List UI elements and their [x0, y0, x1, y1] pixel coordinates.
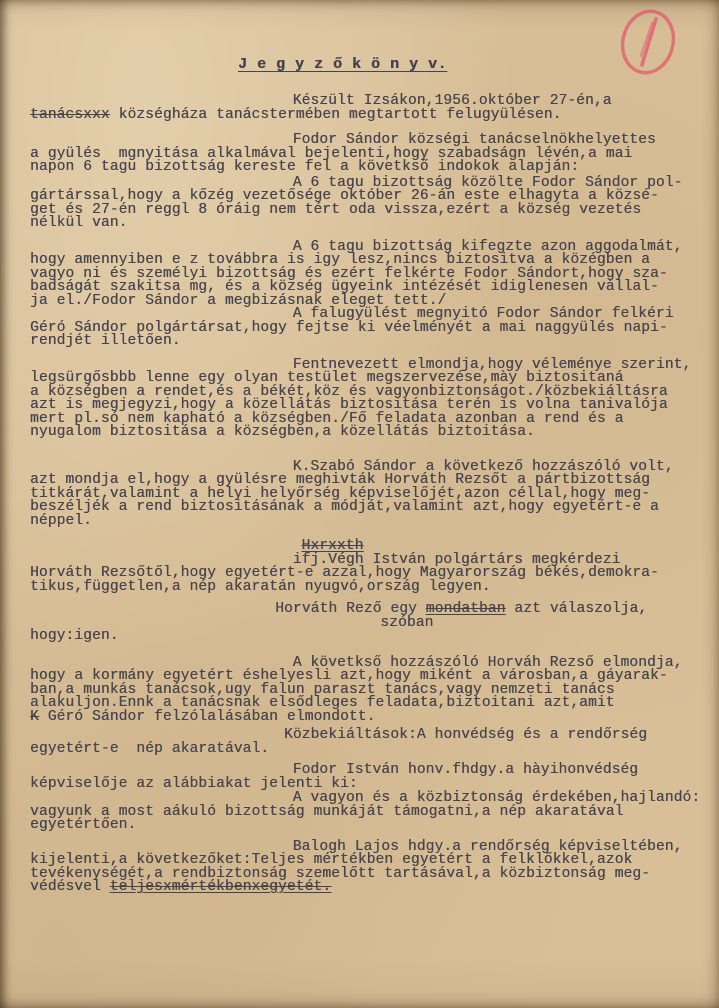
- line-text: egyetértően.: [30, 817, 136, 833]
- line-text: néppel.: [30, 513, 92, 529]
- document-line: K Géró Sándor felzólalásában elmondott.: [30, 711, 719, 725]
- line-text: egyetért-e nép akaratával.: [30, 741, 269, 757]
- document-body: Készült Izsákon,1956.október 27-én,ataná…: [30, 95, 719, 895]
- line-text: községháza tanácstermében megtartott fel…: [110, 107, 562, 123]
- line-text: beszéljék a rend biztositásának a módját…: [30, 499, 659, 515]
- page-number-mark: 1: [619, 6, 677, 78]
- document-line: rendjét illetően.: [30, 335, 719, 349]
- document-line: tikus,független,a nép akaratán nyugvó,or…: [30, 581, 719, 595]
- document-line: egyetértően.: [30, 819, 719, 833]
- document-line: néppel.: [30, 515, 719, 529]
- document-line: Horváth Rező egy mondatban azt válaszolj…: [30, 603, 719, 617]
- line-text: Géró Sándor felzólalásában elmondott.: [39, 709, 376, 725]
- struck-text: mondatban: [426, 601, 506, 617]
- struck-text: tanácsxxx: [30, 107, 110, 123]
- document-line: hogy:igen.: [30, 630, 719, 644]
- document-line: egyetért-e nép akaratával.: [30, 743, 719, 757]
- circled-one-icon: [619, 6, 677, 78]
- line-text: nélkül van.: [30, 215, 127, 231]
- document-line: képviselője az alábbiakat jelenti ki:: [30, 778, 719, 792]
- document-line: nélkül van.: [30, 217, 719, 231]
- line-text: nyugalom biztositása a községben,a közel…: [30, 424, 535, 440]
- document-line: napon 6 tagu bizottság kereste fel a köv…: [30, 161, 719, 175]
- line-text: szóban: [380, 615, 433, 631]
- document-line: tanácsxxx községháza tanácstermében megt…: [30, 109, 719, 123]
- document-line: beszéljék a rend biztositásának a módját…: [30, 501, 719, 515]
- line-text: hogy:igen.: [30, 628, 119, 644]
- line-text: védésvel: [30, 879, 110, 895]
- document-line: védésvel teljesxmértékbenxegyetét.: [30, 881, 719, 895]
- struck-text: teljesxmértékbenxegyetét.: [110, 879, 331, 895]
- struck-text: K: [30, 709, 39, 725]
- line-text: napon 6 tagu bizottság kereste fel a köv…: [30, 159, 579, 175]
- line-text: Közbekiáltások:A honvédség és a rendőrsé…: [284, 727, 647, 743]
- scanned-document-page: J e g y z ő k ö n y v. Készült Izsákon,1…: [0, 0, 719, 895]
- document-line: szóban: [30, 617, 719, 631]
- line-text: tikus,független,a nép akaratán nyugvó,or…: [30, 579, 491, 595]
- document-line: nyugalom biztositása a községben,a közel…: [30, 426, 719, 440]
- line-text: azt válaszolja,: [506, 601, 648, 617]
- document-line: get és 27-én reggl 8 óráig nem tért oda …: [30, 204, 719, 218]
- line-text: rendjét illetően.: [30, 333, 181, 349]
